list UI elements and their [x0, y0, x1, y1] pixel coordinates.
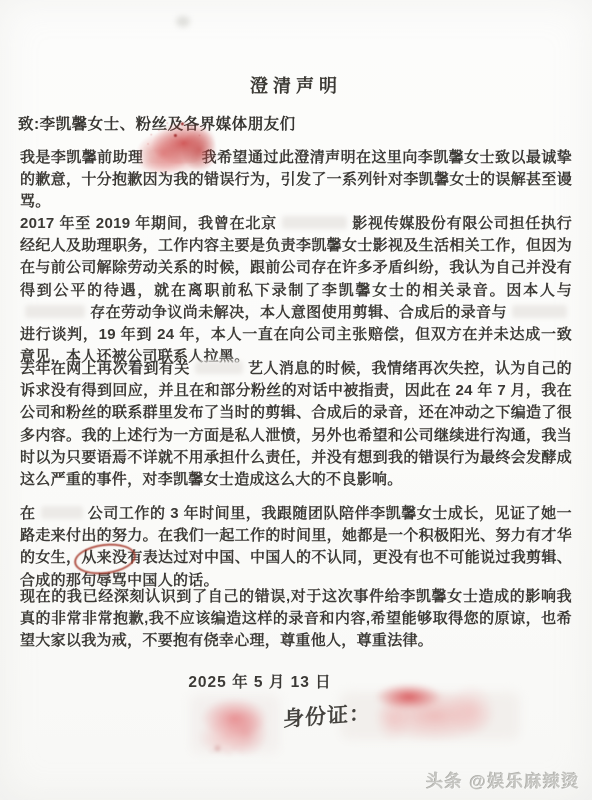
toutiao-watermark: 头条 @娱乐麻辣烫 — [426, 767, 580, 792]
redacted-name — [149, 150, 197, 163]
paragraph-4-text: 在 — [20, 505, 36, 522]
redacted-company-name — [282, 216, 347, 229]
paragraph-3: 去年在网上再次看到有关艺人消息的时候，我情绪再次失控，认为自己的诉求没有得到回应… — [20, 358, 572, 491]
id-card-handwritten-label: 身份证： — [283, 697, 371, 733]
paper-smudge — [176, 16, 190, 27]
redacted-signature-stamp — [198, 698, 268, 756]
paragraph-5-text: 现在的我已经深刻认识到了自己的错误,对于这次事件给李凯馨女士造成的影响我真的非常… — [20, 588, 572, 649]
red-ink-stamp — [132, 119, 218, 178]
redacted-id-number-stamp — [375, 684, 495, 742]
paragraph-1: 我是李凯馨前助理我希望通过此澄清声明在这里向李凯馨女士致以最诚挚的歉意，十分抱歉… — [20, 147, 572, 214]
paragraph-1-text: 我是李凯馨前助理 — [20, 149, 144, 166]
red-circle-annotation: 从来没 — [81, 549, 127, 566]
document-title: 澄清声明 — [0, 72, 592, 98]
paragraph-4: 在公司工作的 3 年时间里，我跟随团队陪伴李凯馨女士成长，见证了她一路走来付出的… — [20, 503, 572, 592]
redacted-party-name — [512, 305, 567, 318]
redacted-party-name — [25, 305, 85, 318]
paragraph-2: 2017 年至 2019 年期间，我曾在北京影视传媒股份有限公司担任执行经纪人及… — [20, 213, 572, 368]
paragraph-5: 现在的我已经深刻认识到了自己的错误,对于这次事件给李凯馨女士造成的影响我真的非常… — [20, 586, 572, 653]
clarification-statement-document: 澄清声明 致:李凯馨女士、粉丝及各界媒体朋友们 我是李凯馨前助理我希望通过此澄清… — [0, 0, 592, 800]
redacted-company-name — [41, 506, 83, 519]
redacted-artist-name — [195, 361, 243, 374]
paragraph-2-text: 存在劳动争议尚未解决，本人意图使用剪辑、合成后的录音与 — [90, 304, 507, 321]
paragraph-3-text: 艺人消息的时候，我情绪再次失控，认为自己的诉求没有得到回应，并且在和部分粉丝的对… — [20, 360, 572, 488]
paragraph-2-text: 2017 年至 2019 年期间，我曾在北京 — [20, 215, 277, 232]
paragraph-3-text: 去年在网上再次看到有关 — [20, 360, 190, 377]
